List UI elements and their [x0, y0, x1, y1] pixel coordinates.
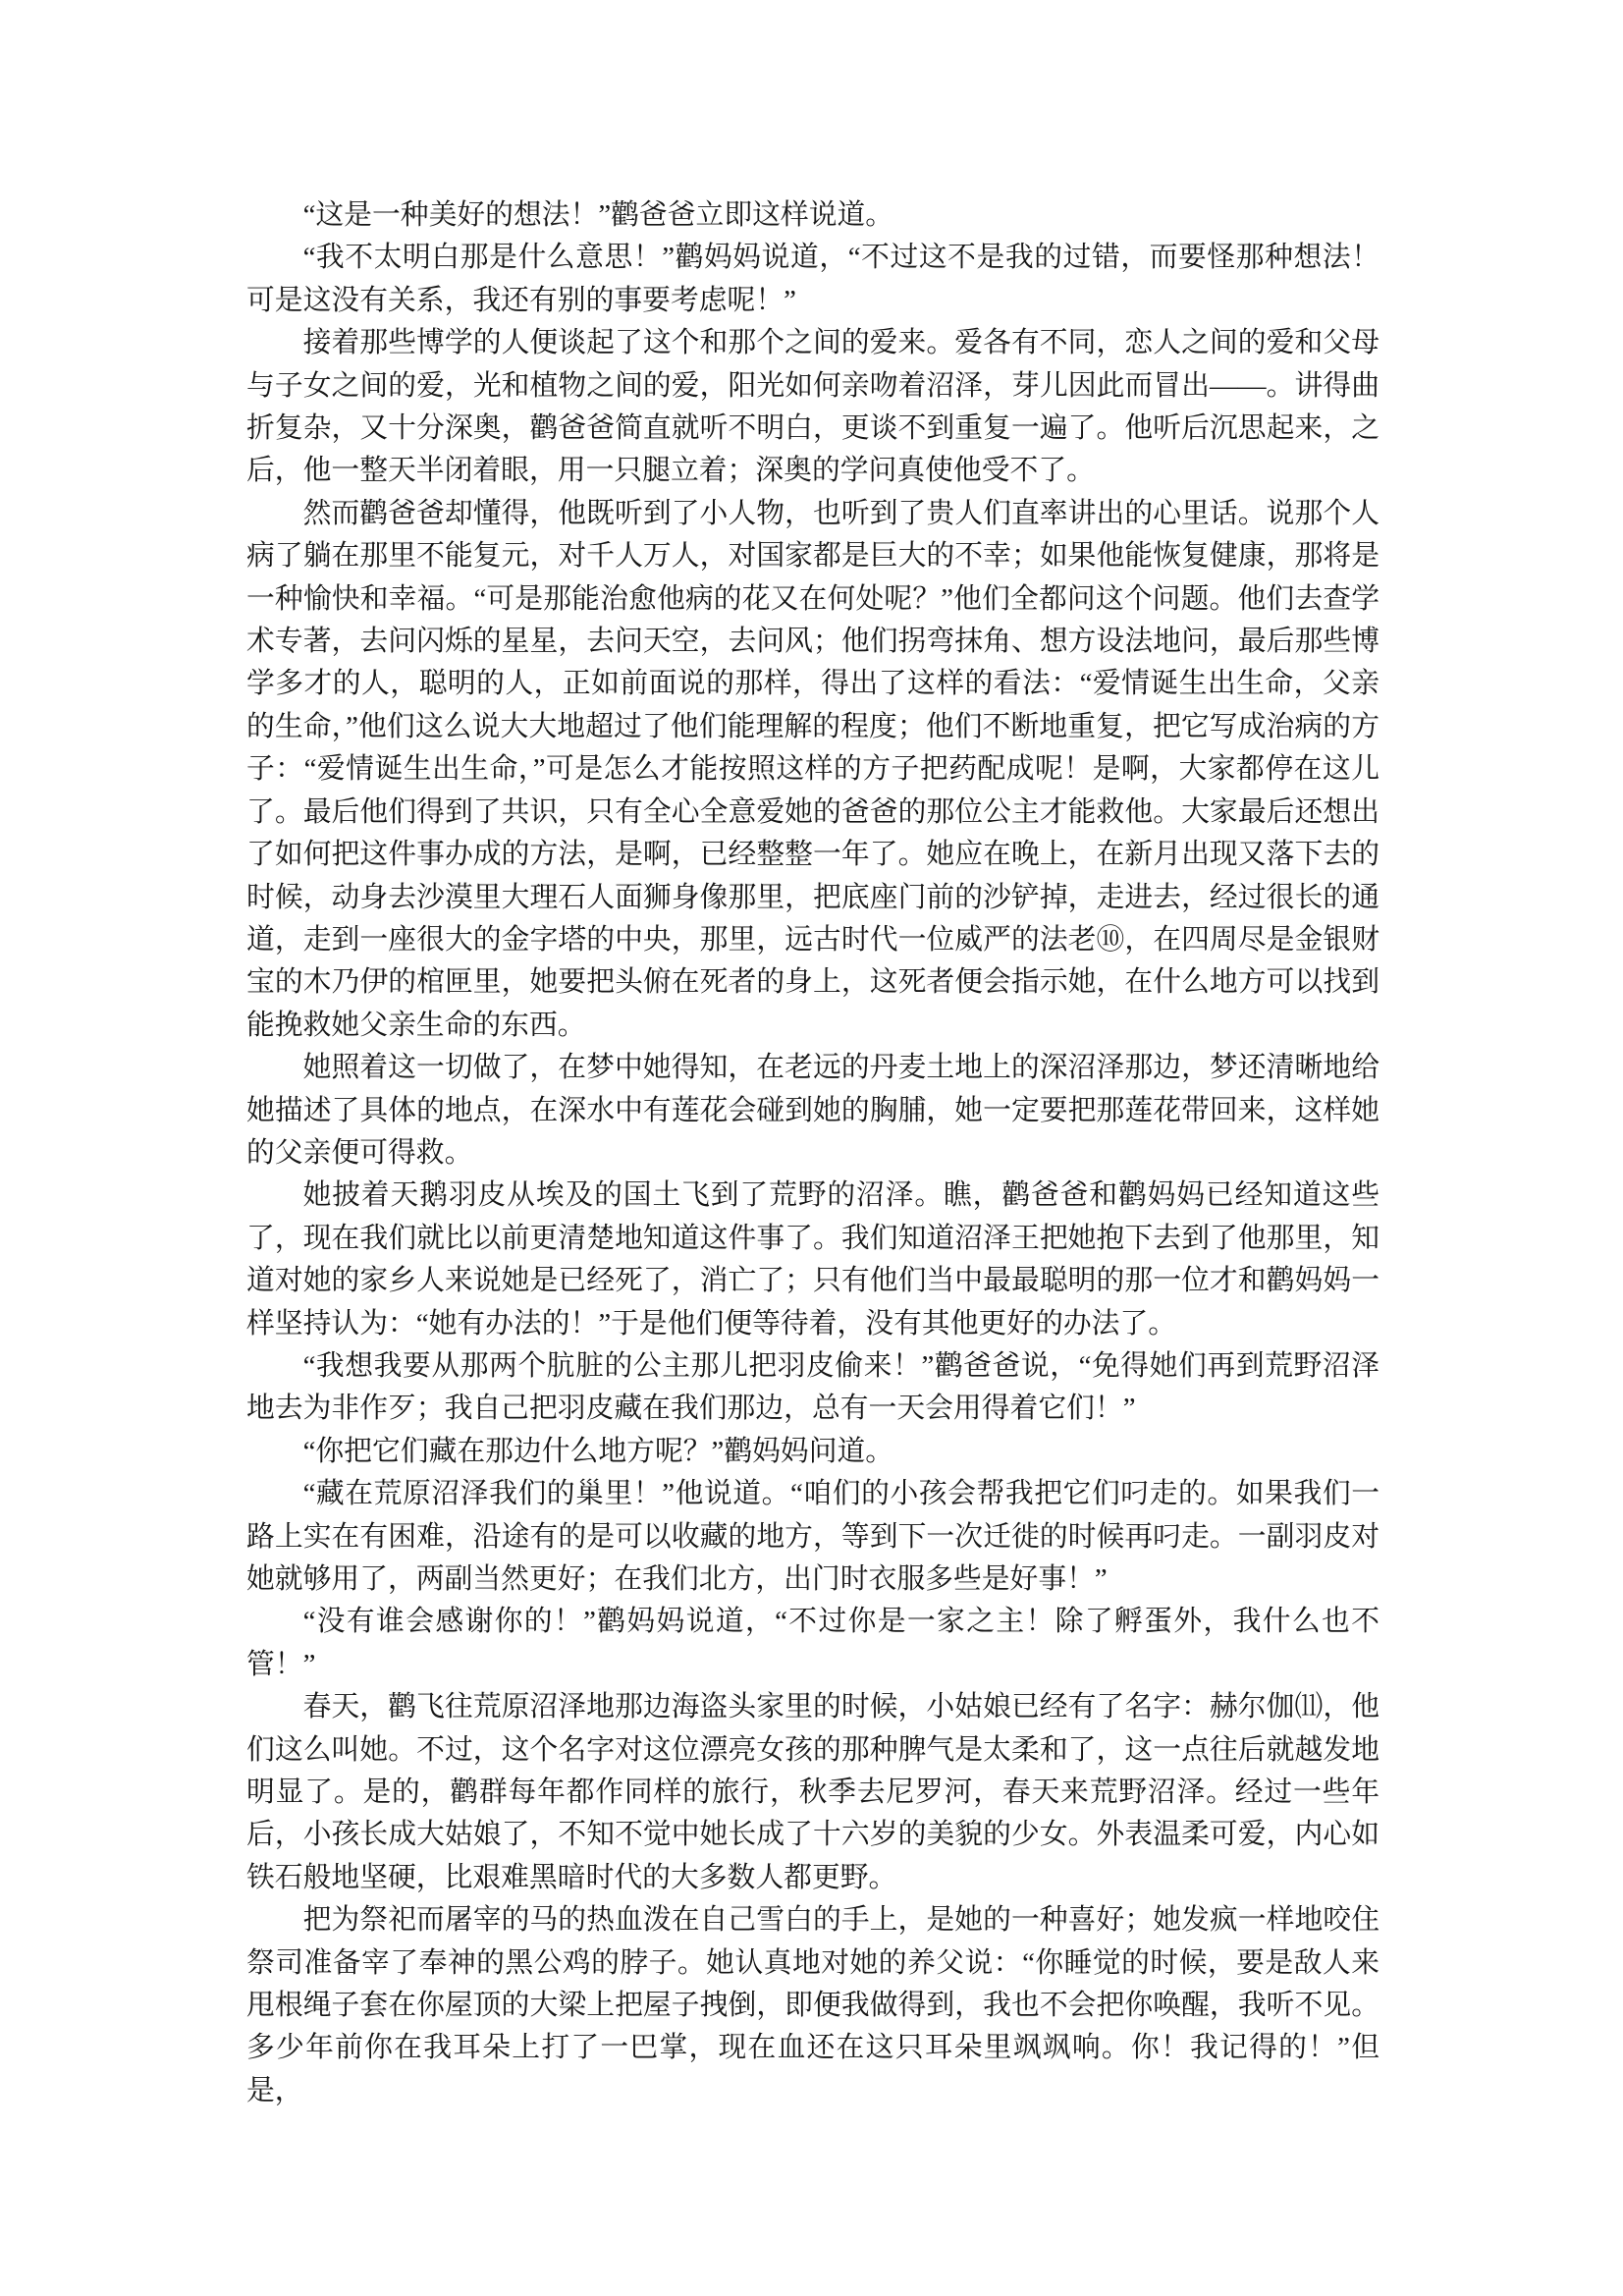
paragraph: 然而鹳爸爸却懂得，他既听到了小人物，也听到了贵人们直率讲出的心里话。说那个人病了…	[246, 493, 1380, 1047]
paragraph: 春天，鹳飞往荒原沼泽地那边海盗头家里的时候，小姑娘已经有了名字：赫尔伽⑾，他们这…	[246, 1686, 1380, 1899]
paragraph: 她披着天鹅羽皮从埃及的国土飞到了荒野的沼泽。瞧，鹳爸爸和鹳妈妈已经知道这些了，现…	[246, 1175, 1380, 1345]
paragraph: “没有谁会感谢你的！”鹳妈妈说道，“不过你是一家之主！除了孵蛋外，我什么也不管！…	[246, 1601, 1380, 1686]
paragraph: “你把它们藏在那边什么地方呢？”鹳妈妈问道。	[246, 1431, 1380, 1473]
document-page: “这是一种美好的想法！”鹳爸爸立即这样说道。 “我不太明白那是什么意思！”鹳妈妈…	[0, 0, 1623, 2296]
paragraph: 接着那些博学的人便谈起了这个和那个之间的爱来。爱各有不同，恋人之间的爱和父母与子…	[246, 322, 1380, 493]
paragraph: “我不太明白那是什么意思！”鹳妈妈说道，“不过这不是我的过错，而要怪那种想法！可…	[246, 237, 1380, 322]
paragraph: “藏在荒原沼泽我们的巢里！”他说道。“咱们的小孩会帮我把它们叼走的。如果我们一路…	[246, 1473, 1380, 1601]
paragraph: “这是一种美好的想法！”鹳爸爸立即这样说道。	[246, 194, 1380, 237]
paragraph: “我想我要从那两个肮脏的公主那儿把羽皮偷来！”鹳爸爸说，“免得她们再到荒野沼泽地…	[246, 1345, 1380, 1431]
paragraph: 她照着这一切做了，在梦中她得知，在老远的丹麦土地上的深沼泽那边，梦还清晰地给她描…	[246, 1047, 1380, 1175]
text-block: “这是一种美好的想法！”鹳爸爸立即这样说道。 “我不太明白那是什么意思！”鹳妈妈…	[246, 194, 1380, 2112]
paragraph: 把为祭祀而屠宰的马的热血泼在自己雪白的手上，是她的一种喜好；她发疯一样地咬住祭司…	[246, 1899, 1380, 2112]
